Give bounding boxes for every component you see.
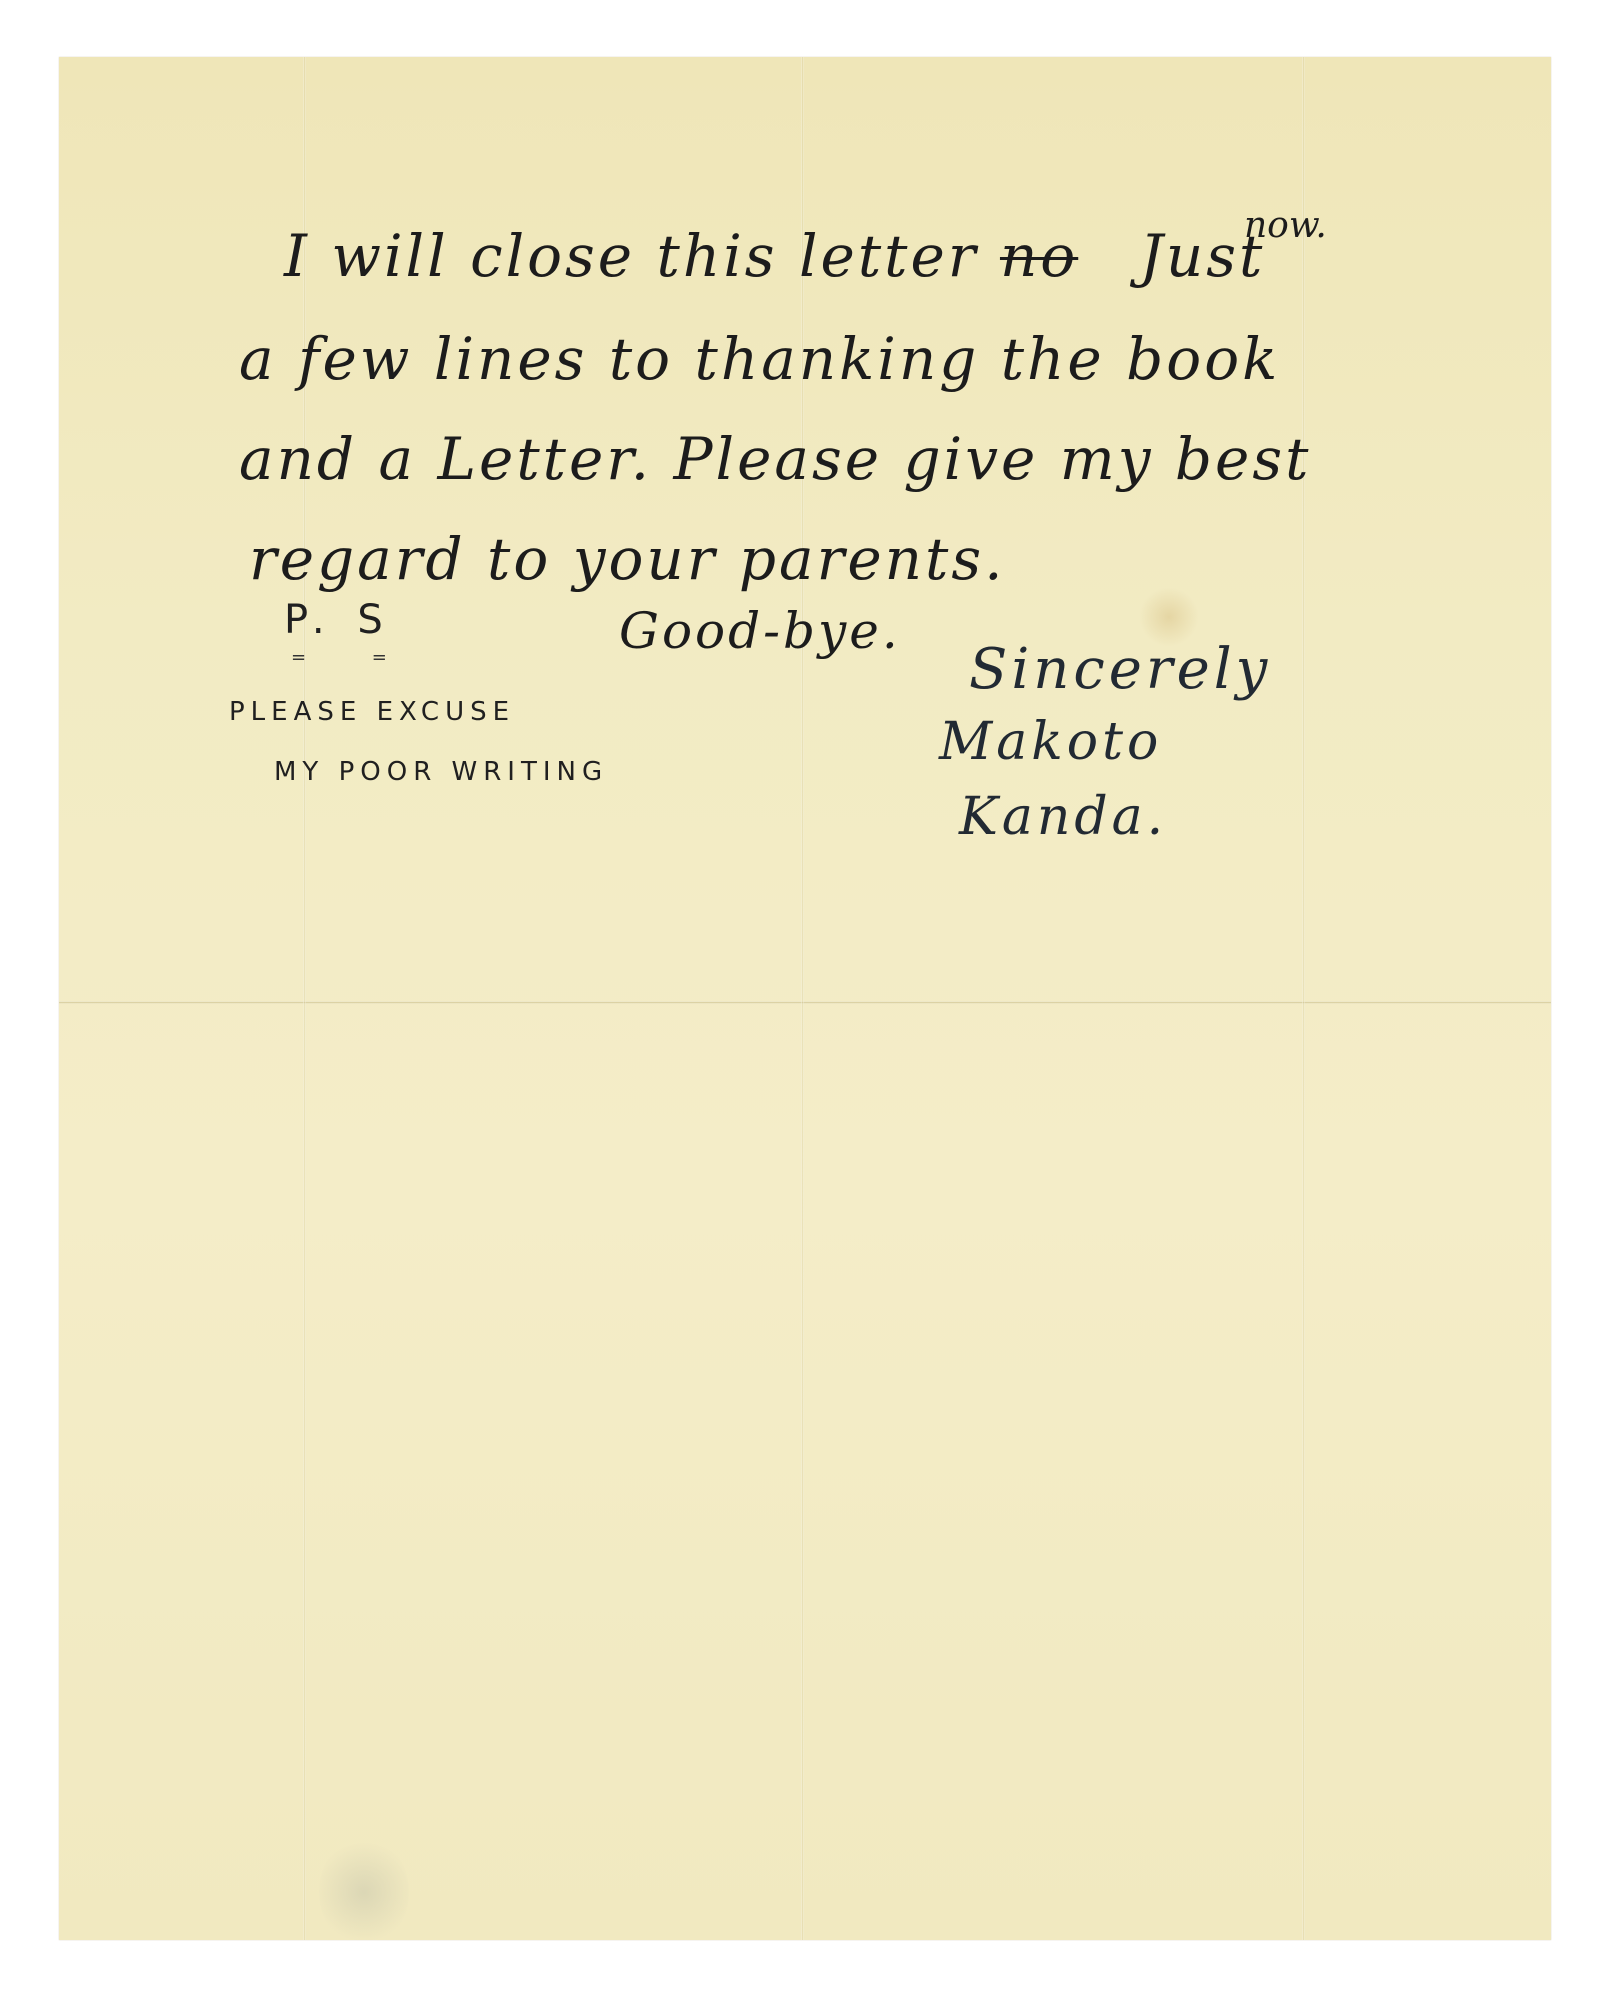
signature-last-name: Kanda. [959,787,1167,847]
ps-line-2: MY POOR WRITING [274,757,608,787]
letter-line-3: and a Letter. Please give my best [239,425,1311,493]
letter-line-4: regard to your parents. [249,525,1006,593]
ps-line-1: PLEASE EXCUSE [229,697,515,727]
closing-goodbye: Good-bye. [619,602,901,660]
signature-first-name: Makoto [939,712,1162,772]
line1-text: I will close this letter [284,222,979,290]
inserted-word: now. [1244,205,1327,246]
letter-line-1: I will close this letter no Just [284,222,1265,290]
paper-smudge [319,1837,409,1940]
struck-word: no [1000,222,1078,290]
letter-line-2: a few lines to thanking the book [239,325,1280,393]
vertical-fold-crease [1302,57,1305,1940]
horizontal-fold-crease [59,1001,1551,1004]
letter-paper: I will close this letter no Just now. a … [59,57,1551,1940]
ps-underline-marks: = = [291,647,417,668]
ps-label: P. S [284,597,393,643]
signature-valediction: Sincerely [969,637,1271,702]
